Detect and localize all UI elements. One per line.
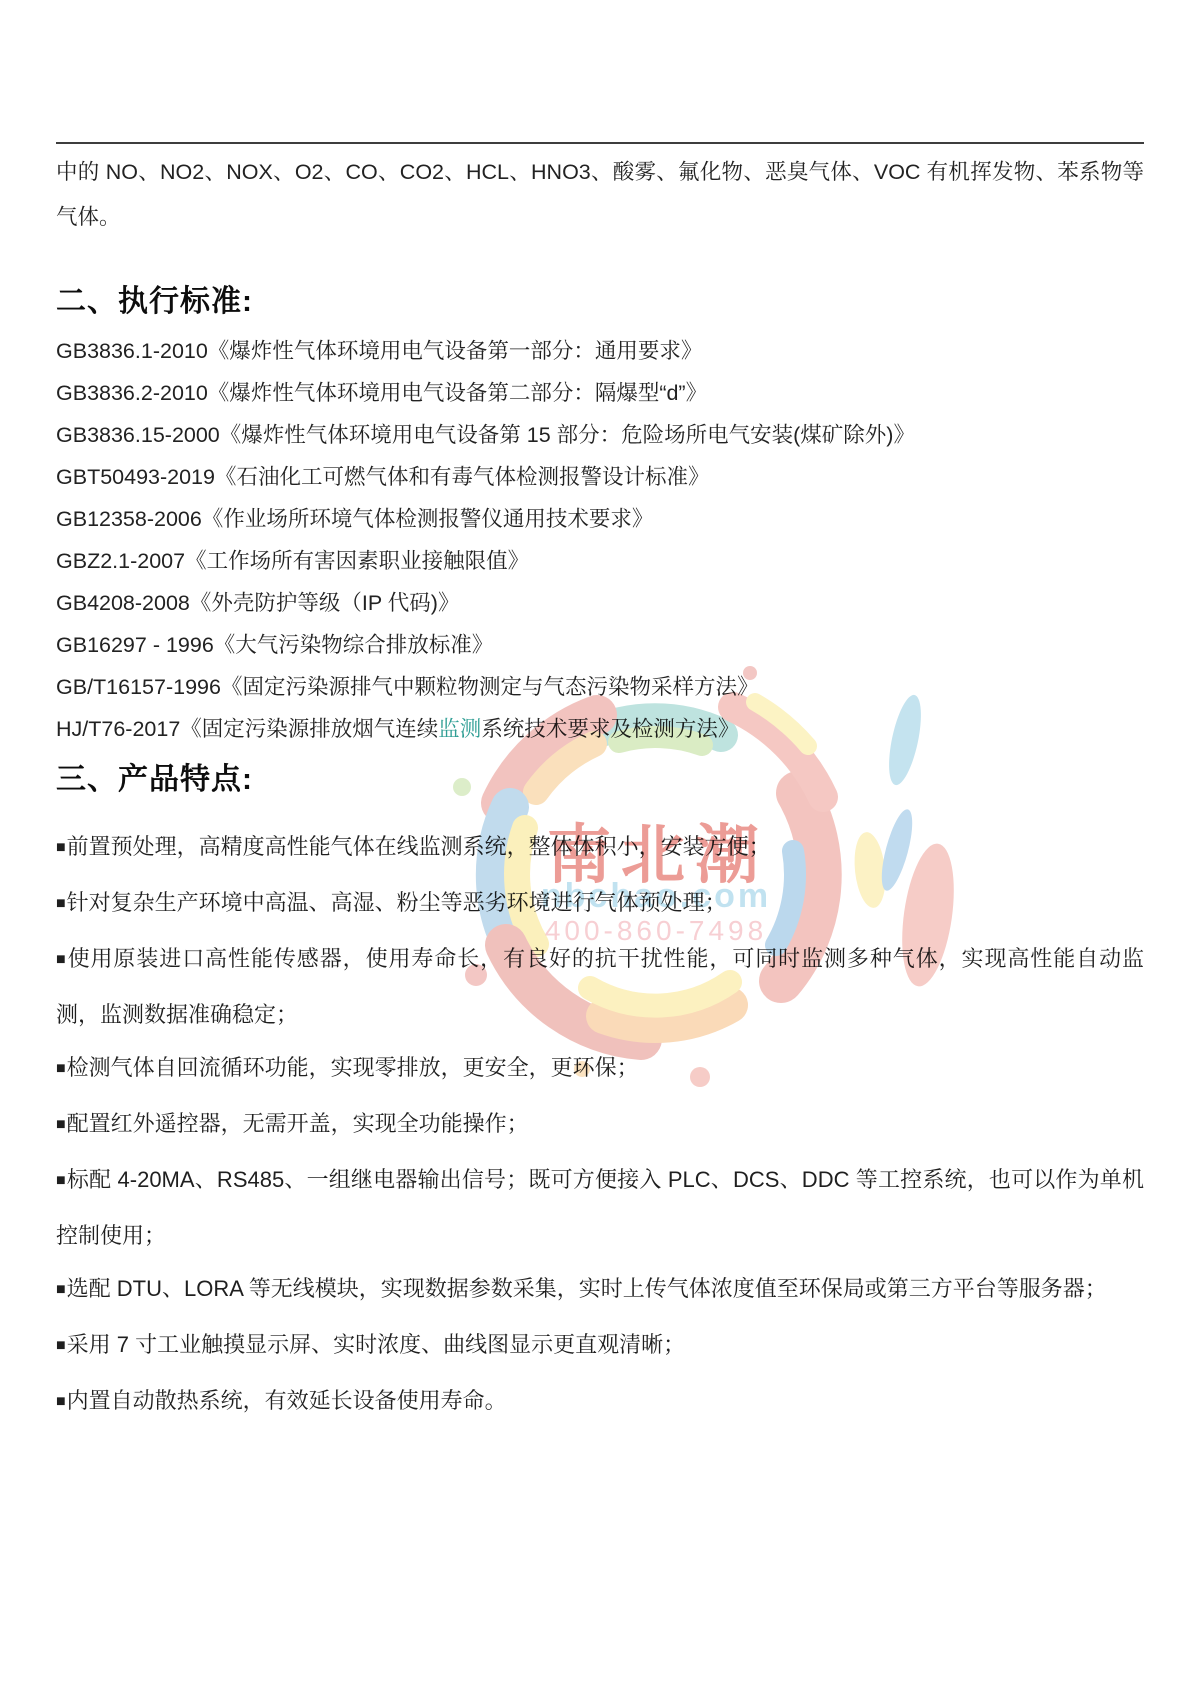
feature-text: 选配 DTU、LORA 等无线模块，实现数据参数采集，实时上传气体浓度值至环保局… <box>67 1276 1107 1301</box>
standard-item: GB12358-2006《作业场所环境气体检测报警仪通用技术要求》 <box>56 498 1144 540</box>
document-body: 中的 NO、NO2、NOX、O2、CO、CO2、HCL、HNO3、酸雾、氟化物、… <box>0 0 1200 1697</box>
standard-item: GB4208-2008《外壳防护等级（IP 代码)》 <box>56 582 1144 624</box>
standard-hj-highlight: 监测 <box>438 717 481 741</box>
feature-item: ■前置预处理，高精度高性能气体在线监测系统，整体体积小，安装方便； <box>56 820 1144 876</box>
bullet-square-icon: ■ <box>56 1116 66 1133</box>
intro-paragraph: 中的 NO、NO2、NOX、O2、CO、CO2、HCL、HNO3、酸雾、氟化物、… <box>56 150 1144 240</box>
standard-hj-pre: HJ/T76-2017《固定污染源排放烟气连续 <box>56 717 438 741</box>
standard-item: GB3836.15-2000《爆炸性气体环境用电气设备第 15 部分：危险场所电… <box>56 414 1144 456</box>
feature-text: 前置预处理，高精度高性能气体在线监测系统，整体体积小，安装方便； <box>67 834 771 859</box>
feature-item: ■选配 DTU、LORA 等无线模块，实现数据参数采集，实时上传气体浓度值至环保… <box>56 1262 1144 1318</box>
feature-text: 采用 7 寸工业触摸显示屏、实时浓度、曲线图显示更直观清晰； <box>67 1332 685 1357</box>
feature-text: 配置红外遥控器，无需开盖，实现全功能操作； <box>67 1111 529 1136</box>
bullet-square-icon: ■ <box>56 839 66 856</box>
bullet-square-icon: ■ <box>56 951 67 968</box>
bullet-square-icon: ■ <box>56 1393 66 1410</box>
bullet-square-icon: ■ <box>56 1281 66 1298</box>
standard-item: GB3836.1-2010《爆炸性气体环境用电气设备第一部分：通用要求》 <box>56 330 1144 372</box>
bullet-square-icon: ■ <box>56 1060 66 1077</box>
bullet-square-icon: ■ <box>56 1172 66 1189</box>
standard-item: GB/T16157-1996《固定污染源排气中颗粒物测定与气态污染物采样方法》 <box>56 666 1144 708</box>
bullet-square-icon: ■ <box>56 895 66 912</box>
top-divider <box>56 142 1144 144</box>
feature-item: ■标配 4-20MA、RS485、一组继电器输出信号；既可方便接入 PLC、DC… <box>56 1153 1144 1262</box>
feature-item: ■针对复杂生产环境中高温、高湿、粉尘等恶劣环境进行气体预处理； <box>56 876 1144 932</box>
standard-item: GBZ2.1-2007《工作场所有害因素职业接触限值》 <box>56 540 1144 582</box>
section-title-standards: 二、执行标准: <box>56 284 1144 320</box>
standard-hj-post: 系统技术要求及检测方法》 <box>481 717 739 741</box>
standard-item: GB16297 - 1996《大气污染物综合排放标准》 <box>56 624 1144 666</box>
standard-item-hj: HJ/T76-2017《固定污染源排放烟气连续监测系统技术要求及检测方法》 <box>56 708 1144 750</box>
feature-text: 标配 4-20MA、RS485、一组继电器输出信号；既可方便接入 PLC、DCS… <box>56 1167 1144 1248</box>
feature-text: 内置自动散热系统，有效延长设备使用寿命。 <box>67 1388 507 1413</box>
feature-item: ■采用 7 寸工业触摸显示屏、实时浓度、曲线图显示更直观清晰； <box>56 1318 1144 1374</box>
feature-text: 针对复杂生产环境中高温、高湿、粉尘等恶劣环境进行气体预处理； <box>67 890 727 915</box>
section-title-features: 三、产品特点: <box>56 762 1144 798</box>
bullet-square-icon: ■ <box>56 1337 66 1354</box>
feature-item: ■配置红外遥控器，无需开盖，实现全功能操作； <box>56 1097 1144 1153</box>
feature-item: ■检测气体自回流循环功能，实现零排放，更安全，更环保； <box>56 1041 1144 1097</box>
feature-text: 使用原装进口高性能传感器，使用寿命长，有良好的抗干扰性能，可同时监测多种气体，实… <box>56 946 1144 1027</box>
standards-list: GB3836.1-2010《爆炸性气体环境用电气设备第一部分：通用要求》 GB3… <box>56 330 1144 750</box>
feature-item: ■内置自动散热系统，有效延长设备使用寿命。 <box>56 1374 1144 1430</box>
feature-text: 检测气体自回流循环功能，实现零排放，更安全，更环保； <box>67 1055 639 1080</box>
standard-item: GB3836.2-2010《爆炸性气体环境用电气设备第二部分：隔爆型“d”》 <box>56 372 1144 414</box>
features-list: ■前置预处理，高精度高性能气体在线监测系统，整体体积小，安装方便； ■针对复杂生… <box>56 820 1144 1430</box>
standard-item: GBT50493-2019《石油化工可燃气体和有毒气体检测报警设计标准》 <box>56 456 1144 498</box>
feature-item: ■使用原装进口高性能传感器，使用寿命长，有良好的抗干扰性能，可同时监测多种气体，… <box>56 932 1144 1041</box>
document-page: 中的 NO、NO2、NOX、O2、CO、CO2、HCL、HNO3、酸雾、氟化物、… <box>0 0 1200 1697</box>
